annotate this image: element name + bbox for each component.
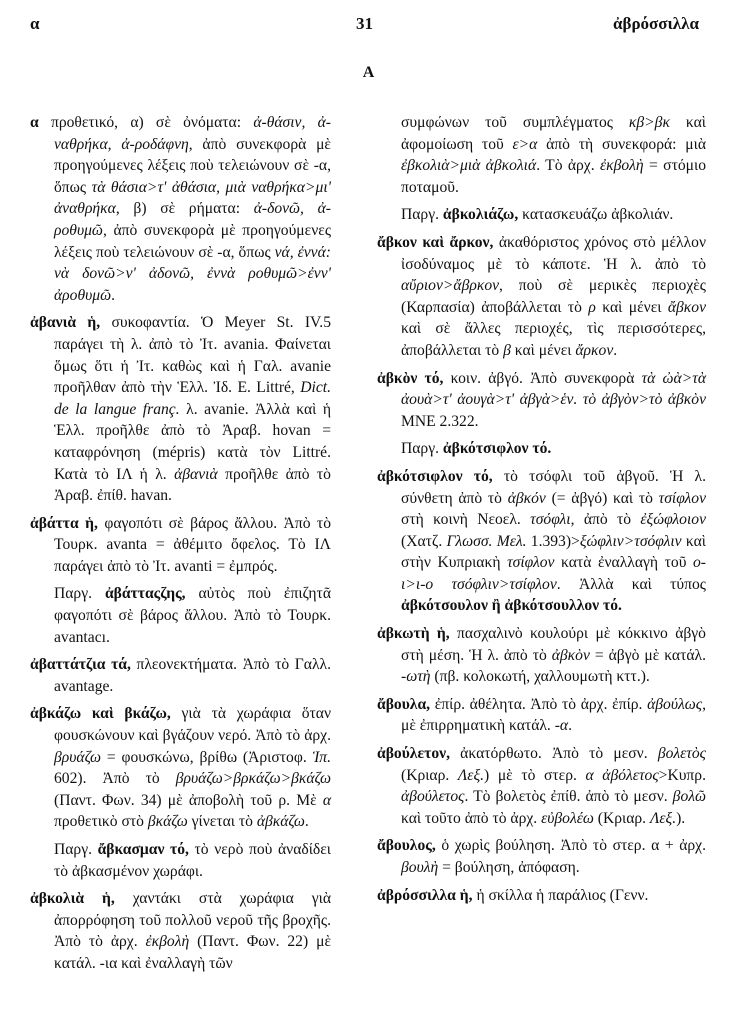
definition: προθετικό, α) σὲ ὀνόματα: ἀ-θάσιν, ἀ-ναθ… bbox=[39, 114, 331, 304]
first-guide-word: α bbox=[30, 14, 40, 34]
headword: ἀβρόσσιλλα ἡ, bbox=[377, 887, 473, 904]
headword: ἄβουλος, bbox=[377, 837, 436, 854]
derivative-note: Παργ. ἀβκολιάζω, κατασκευάζω ἀβκολιάν. bbox=[377, 204, 706, 226]
definition: ὁ χωρὶς βούληση. Ἀπὸ τὸ στερ. α + ἀρχ. β… bbox=[401, 837, 706, 876]
derivative-note: Παργ. ἀβάτταςζης, αὐτὸς ποὺ ἐπιζητᾶ φαγο… bbox=[30, 583, 331, 648]
last-guide-word: ἀβρόσσιλλα bbox=[613, 14, 699, 34]
definition: ἡ σκίλλα ἡ παράλιος (Γενν. bbox=[473, 887, 649, 904]
right-column: συμφώνων τοῦ συμπλέγματος κβ>βκ καὶ ἀφομ… bbox=[377, 112, 706, 912]
dictionary-entry: ἀβκὸν τό, κοιν. ἀβγό. Ἀπὸ συνεκφορὰ τὰ ὠ… bbox=[377, 368, 706, 433]
derivative-note: Παργ. ἀβκότσιφλον τό. bbox=[377, 438, 706, 460]
dictionary-entry: ἀβούλετον, ἀκατόρθωτο. Ἀπὸ τὸ μεσν. βολε… bbox=[377, 743, 706, 829]
headword: ἀβαττάτζια τά, bbox=[30, 656, 131, 673]
dictionary-entry: ἀβρόσσιλλα ἡ, ἡ σκίλλα ἡ παράλιος (Γενν. bbox=[377, 885, 706, 907]
dictionary-entry: ἀβανιὰ ἡ, συκοφαντία. Ὁ Meyer St. IV.5 π… bbox=[30, 312, 331, 506]
dictionary-entry: ἀβκολιὰ ἡ, χαντάκι στὰ χωράφια γιὰ ἀπορρ… bbox=[30, 888, 331, 974]
dictionary-entry: ἀβάττα ἡ, φαγοπότι σὲ βάρος ἄλλου. Ἀπὸ τ… bbox=[30, 513, 331, 578]
headword: ἀβκολιὰ ἡ, bbox=[30, 890, 115, 907]
section-letter-heading: Α bbox=[0, 64, 737, 82]
page-number: 31 bbox=[356, 14, 373, 34]
dictionary-entry: ἀβαττάτζια τά, πλεονεκτήματα. Ἀπὸ τὸ Γαλ… bbox=[30, 654, 331, 697]
dictionary-entry: ἀβκωτὴ ἡ, πασχαλινὸ κουλούρι μὲ κόκκινο … bbox=[377, 623, 706, 688]
headword: ἄβουλα, bbox=[377, 696, 430, 713]
headword: α bbox=[30, 114, 39, 131]
running-head: α 31 ἀβρόσσιλλα bbox=[30, 14, 699, 38]
definition: ἀκαθόριστος χρόνος στὸ μέλλον ἰσοδύναμος… bbox=[401, 234, 706, 359]
headword: ἀβούλετον, bbox=[377, 745, 450, 762]
entry-continuation: συμφώνων τοῦ συμπλέγματος κβ>βκ καὶ ἀφομ… bbox=[377, 112, 706, 198]
dictionary-entry: ἄβουλα, ἐπίρ. ἀθέλητα. Ἀπὸ τὸ ἀρχ. ἐπίρ.… bbox=[377, 694, 706, 737]
headword: ἀβάττα ἡ, bbox=[30, 515, 98, 532]
definition: συκοφαντία. Ὁ Meyer St. IV.5 παράγει τὴ … bbox=[54, 314, 331, 504]
dictionary-entry: ἀβκάζω καὶ βκάζω, γιὰ τὰ χωράφια ὅταν φο… bbox=[30, 703, 331, 833]
dictionary-entry: α προθετικό, α) σὲ ὀνόματα: ἀ-θάσιν, ἀ-ν… bbox=[30, 112, 331, 306]
dictionary-entry: ἀβκότσιφλον τό, τὸ τσόφλι τοῦ ἀβγοῦ. Ἡ λ… bbox=[377, 466, 706, 617]
headword: ἀβκάζω καὶ βκάζω, bbox=[30, 705, 171, 722]
derivative-note: Παργ. ἄβκασμαν τό, τὸ νερὸ ποὺ ἀναδίδει … bbox=[30, 839, 331, 882]
dictionary-entry: ἄβκον καὶ ἄρκον, ἀκαθόριστος χρόνος στὸ … bbox=[377, 232, 706, 362]
headword: ἄβκον καὶ ἄρκον, bbox=[377, 234, 493, 251]
headword: ἀβκὸν τό, bbox=[377, 370, 443, 387]
headword: ἀβκότσιφλον τό, bbox=[377, 468, 493, 485]
definition: ἐπίρ. ἀθέλητα. Ἀπὸ τὸ ἀρχ. ἐπίρ. ἀβούλως… bbox=[401, 696, 706, 735]
definition: γιὰ τὰ χωράφια ὅταν φουσκώνουν καὶ βγάζο… bbox=[54, 705, 331, 830]
definition: κοιν. ἀβγό. Ἀπὸ συνεκφορὰ τὰ ὠὰ>τὰ ἀουὰ>… bbox=[401, 370, 706, 430]
left-column: α προθετικό, α) σὲ ὀνόματα: ἀ-θάσιν, ἀ-ν… bbox=[30, 112, 331, 981]
headword: ἀβκωτὴ ἡ, bbox=[377, 625, 450, 642]
definition: τὸ τσόφλι τοῦ ἀβγοῦ. Ἡ λ. σύνθετη ἀπὸ τὸ… bbox=[401, 468, 706, 615]
headword: ἀβανιὰ ἡ, bbox=[30, 314, 100, 331]
dictionary-entry: ἄβουλος, ὁ χωρὶς βούληση. Ἀπὸ τὸ στερ. α… bbox=[377, 835, 706, 878]
